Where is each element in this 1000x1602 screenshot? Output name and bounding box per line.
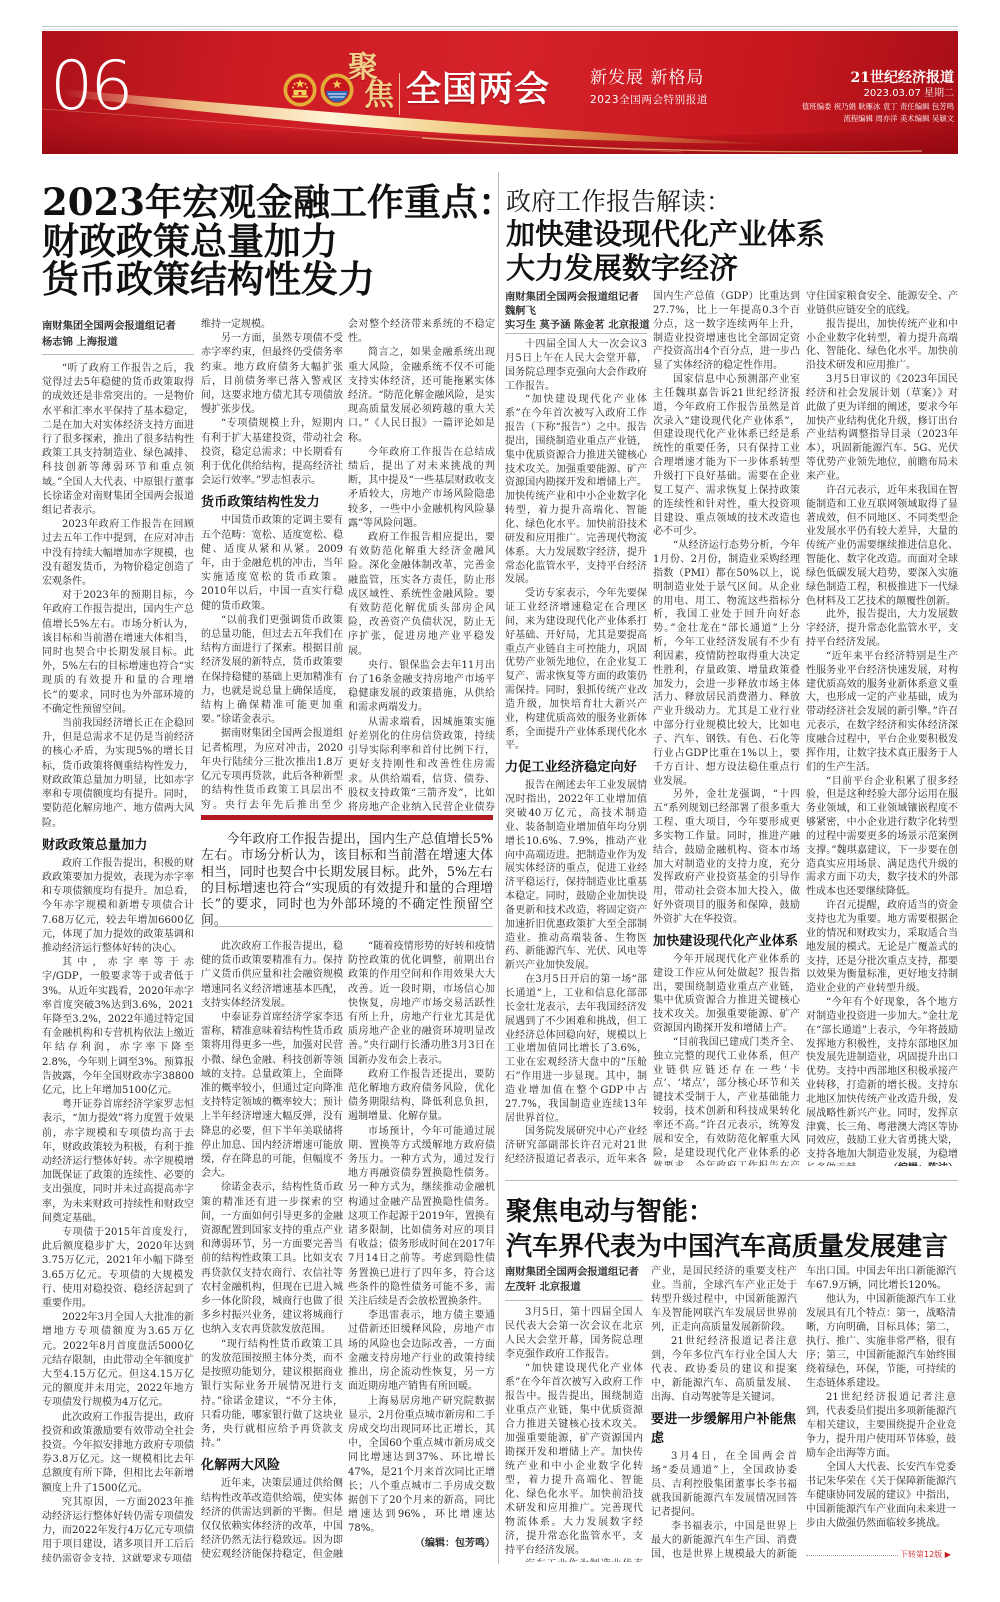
auto-column-2: 产业，是国民经济的重要支柱产业。当前，全球汽车产业正处于转型升级过程中，中国新能…: [651, 1265, 797, 1562]
paragraph: 此外，报告提出，大力发展数字经济，提升常态化监管水平，支持平台经济发展。: [806, 608, 958, 650]
headline-line: 加快建设现代化产业体系: [506, 217, 958, 251]
paragraph: “从经济运行态势分析，今年1月份、2月份，制造业采购经理指数（PMI）都在50%…: [653, 539, 800, 788]
paragraph: 究其原因，一方面2023年推动经济运行整体好转仍需专项债发力，而2022年发行4…: [42, 1496, 194, 1562]
paragraph: 上海易居房地产研究院数据显示，2月份重点城市新房和二手房成交均出现同环比正增长，…: [348, 1395, 495, 1537]
editors-line-2: 流程编辑 周亦洋 美术编辑 吴颖文: [802, 113, 954, 125]
paragraph: 2023年政府工作报告在回顾过去五年工作中提到，在应对冲击中没有持续大幅增加赤字…: [42, 518, 194, 589]
paragraph: 国务院发展研究中心产业经济研究部副部长许召元对21世纪经济报道记者表示，近年来各…: [505, 1125, 647, 1166]
editor-credit: （编辑：包芳鸣）: [348, 1537, 495, 1551]
section-heading: 化解两大风险: [201, 1451, 343, 1477]
industry-column-2: 国内生产总值（GDP）比重达到27.7%，比上一年提高0.3个百分点，这一数字连…: [653, 290, 800, 1166]
paragraph: 从需求端看，因城施策实施好差别化的住房信贷政策，持续引导实际利率和首付比例下行，…: [348, 716, 495, 812]
column-divider: [498, 172, 499, 1564]
section-heading: 货币政策结构性发力: [201, 488, 343, 514]
finance-column-3-bottom: “随着疫情形势的好转和疫情防控政策的优化调整，前期出台政策的作用空间和作用效果大…: [348, 940, 495, 1562]
paragraph: 他认为，中国新能源汽车工业发展具有几个特点：第一，战略清晰，方向明确，目标具体；…: [806, 1293, 956, 1391]
paragraph: 粤开证券首席经济学家罗志恒表示，“加力提效”将力度置于效果前，赤字规模和专项债均…: [42, 1098, 194, 1226]
paragraph: 当前我国经济增长正在企稳回升，但是总需求不足仍是当前经济的核心矛盾，为实现5%的…: [42, 717, 194, 831]
finance-column-2-top: 维持一定规模。另一方面，虽然专项债不受赤字率约束，但最终仍受债务率约束。地方政府…: [201, 318, 343, 812]
paragraph: 许召元提醒，政府适当的资金支持也尤为重要。地方需要根据企业的情况和财政实力，采取…: [806, 899, 958, 996]
paragraph: 中国货币政策的定调主要有五个范畴：宽松、适度宽松、稳健、适度从紧和从紧。2009…: [201, 514, 343, 613]
paragraph: 全国人大代表、长安汽车党委书记朱华荣在《关于保障新能源汽车健康协同发展的建议》中…: [806, 1461, 956, 1531]
finance-byline: 南财集团全国两会报道组记者 杨志锦 上海报道: [42, 318, 194, 350]
paragraph: 21世纪经济报道记者注意到，今年多位汽车行业全国人大代表、政协委员的建议和提案中…: [651, 1335, 797, 1405]
paragraph: 对于2023年的预期目标，今年政府工作报告提出，国内生产总值增长5%左右。市场分…: [42, 589, 194, 717]
industry-headline: 政府工作报告解读： 加快建设现代化产业体系 大力发展数字经济: [506, 186, 958, 285]
page-banner: 06 聚 焦 全国两会 新发展 新格局 2023全国两会特别报道 21世纪经济报…: [42, 31, 958, 154]
section-heading: 要进一步缓解用户补能焦虑: [651, 1405, 797, 1450]
paragraph: 徐诺金表示，结构性货币政策的精准还有进一步探索的空间，一方面如何引导更多的金融资…: [201, 1181, 343, 1337]
byline-line: 实习生 莫予涵 陈金茗 北京报道: [505, 318, 647, 332]
headline-line: 汽车界代表为中国汽车高质量发展建言: [506, 1230, 958, 1265]
paragraph: 会对整个经济带来系统的不稳定性。: [348, 318, 495, 346]
finance-column-1: “听了政府工作报告之后，我觉得过去5年稳健的货币政策取得的成效还是非常突出的。一…: [42, 362, 194, 1562]
paragraph: “目前我国已建成门类齐全、独立完整的现代工业体系，但产业链供应链还存在一些‘卡点…: [653, 1036, 800, 1166]
pull-quote-bar: [201, 815, 493, 820]
paragraph: 十四届全国人大一次会议3月5日上午在人民大会堂开幕，国务院总理李克强向大会作政府…: [505, 338, 647, 393]
banner-top-rule: [42, 26, 958, 30]
byline-rule: [42, 354, 194, 355]
paragraph: 此次政府工作报告提出，稳健的货币政策要精准有力。保持广义货币供应量和社会融资规模…: [201, 940, 343, 1011]
paragraph: 车出口国。中国去年出口新能源汽车67.9万辆，同比增长120%。: [806, 1265, 956, 1293]
paragraph: 另一方面，虽然专项债不受赤字率约束，但最终仍受债务率约束。地方政府债务大幅扩张后…: [201, 332, 343, 417]
paragraph: 李迅雷表示，地方债主要通过借新还旧缓释风险，房地产市场的风险也会边际改善，一方面…: [348, 1309, 495, 1394]
paragraph: 此次政府工作报告提出，政府投资和政策激励要有效带动全社会投资。今年拟安排地方政府…: [42, 1411, 194, 1496]
paragraph: 另外，金壮龙强调，“十四五”系列规划已经部署了很多重大工程、重大项目，今年要形成…: [653, 788, 800, 926]
paragraph: 维持一定规模。: [201, 318, 343, 332]
paragraph: 报告在阐述去年工业发展情况时指出，2022年工业增加值突破40万亿元，高技术制造…: [505, 779, 647, 973]
section-heading: 力促工业经济稳定向好: [505, 753, 647, 779]
headline-line: 货币政策结构性发力: [42, 260, 498, 299]
page-number: 06: [50, 53, 131, 121]
section-heading: 加快建设现代化产业体系: [653, 927, 800, 953]
byline-line: 南财集团全国两会报道组记者: [505, 290, 647, 304]
paragraph: “目前平台企业积累了很多经验，但是这种经验大部分运用在服务业领域，和工业领域镶嵌…: [806, 775, 958, 900]
paragraph: 政府工作报告相应提出，要有效防范化解重大经济金融风险。深化金融体制改革，完善金融…: [348, 531, 495, 659]
paragraph: 专项债于2015年首度发行，此后额度稳步扩大，2020年达到3.75万亿元，20…: [42, 1226, 194, 1311]
jump-dotted-leader: [806, 1555, 898, 1556]
byline-line: 魏舸飞: [505, 304, 647, 318]
paragraph: 李书福表示，中国是世界上最大的新能源汽车生产国、消费国，也是世界上规模最大的新能…: [651, 1520, 797, 1562]
paragraph: 国内生产总值（GDP）比重达到27.7%，比上一年提高0.3个百分点，这一数字连…: [653, 290, 800, 373]
paragraph: 政府工作报告还提出，要防范化解地方政府债务风险，优化债务期限结构，降低利息负担，…: [348, 1068, 495, 1125]
paragraph: “加快建设现代化产业体系”在今年首次被写入政府工作报告中。报告提出，围绕制造业重…: [505, 1362, 643, 1558]
paragraph: 3月5日，第十四届全国人民代表大会第一次会议在北京人民大会堂开幕，国务院总理李克…: [505, 1306, 643, 1362]
section-rule: [505, 1180, 958, 1181]
finance-headline: 2023年宏观金融工作重点： 财政政策总量加力 货币政策结构性发力: [42, 183, 498, 299]
paragraph: 国家信息中心预测部产业室主任魏琪嘉告诉21世纪经济报道，今年政府工作报告虽然是首…: [653, 373, 800, 539]
headline-kicker: 政府工作报告解读：: [506, 186, 958, 217]
paragraph: “近年来平台经济特别是生产性服务业平台经济快速发展，对构建优质高效的服务业新体系…: [806, 650, 958, 775]
paragraph: “以前我们更强调货币政策的总量功能，但过去五年我们在结构方面进行了探索。根据目前…: [201, 614, 343, 728]
paragraph: 3月5日审议的《2023年国民经济和社会发展计划（草案）》对此做了更为详细的阐述…: [806, 373, 958, 484]
paragraph: 近年来，决策层通过供给侧结构性改革改造供给端，使实体经济的供需达到新的平衡。但是…: [201, 1477, 343, 1562]
industry-column-1: 十四届全国人大一次会议3月5日上午在人民大会堂开幕，国务院总理李克强向大会作政府…: [505, 338, 647, 1166]
headline-line: 大力发展数字经济: [506, 251, 958, 285]
issue-date: 2023.03.07 星期二: [802, 87, 954, 101]
paragraph: 守住国家粮食安全、能源安全、产业链供应链安全的底线。: [806, 290, 958, 318]
paragraph: 其中，赤字率等于赤字/GDP，一般要求等于或者低于3%。从近年实践看，2020年…: [42, 956, 194, 1098]
byline-line: 左茂轩 北京报道: [505, 1280, 643, 1295]
masthead-info: 21世纪经济报道 2023.03.07 星期二 值班编委 祝乃娟 耿雁冰 袁丁 …: [802, 69, 954, 124]
paragraph: 据南财集团全国两会报道组记者梳理，为应对冲击，2020年央行陆续分三批次推出1.…: [201, 727, 343, 812]
national-emblem-icon: [283, 73, 317, 107]
pull-quote-rule: [201, 926, 493, 927]
auto-column-1: 3月5日，第十四届全国人民代表大会第一次会议在北京人民大会堂开幕，国务院总理李克…: [505, 1306, 643, 1562]
paragraph: 政府工作报告提出，积极的财政政策要加力提效，表现为赤字率和专项债额度均有提升。加…: [42, 857, 194, 956]
auto-headline: 聚焦电动与智能： 汽车界代表为中国汽车高质量发展建言: [506, 1195, 958, 1265]
editors-line-1: 值班编委 祝乃娟 耿雁冰 袁丁 责任编辑 包芳鸣: [802, 101, 954, 113]
byline-rule: [505, 333, 647, 334]
auto-byline: 南财集团全国两会报道组记者 左茂轩 北京报道: [505, 1265, 643, 1295]
headline-line: 聚焦电动与智能：: [506, 1195, 958, 1230]
paragraph: 今年政府工作报告在总结成绩后，提出了对未来挑战的判断，其中提及“一些基层财政收支…: [348, 446, 495, 531]
industry-column-3: 守住国家粮食安全、能源安全、产业链供应链安全的底线。报告提出，加快传统产业和中小…: [806, 290, 958, 1166]
banner-title: 全国两会: [406, 72, 550, 107]
paragraph: 今年开展现代化产业体系的建设工作应从何处做起？报告指出，要围绕制造业重点产业链，…: [653, 953, 800, 1036]
byline-line: 杨志锦 上海报道: [42, 334, 194, 350]
paragraph: 中泰证券首席经济学家李迅雷称，精准意味着结构性货币政策将用得更多一些，加强对民营…: [201, 1011, 343, 1181]
paragraph: 产业，是国民经济的重要支柱产业。当前，全球汽车产业正处于转型升级过程中，中国新能…: [651, 1265, 797, 1335]
paragraph: “听了政府工作报告之后，我觉得过去5年稳健的货币政策取得的成效还是非常突出的。一…: [42, 362, 194, 518]
paragraph: “现行结构性货币政策工具的发放范围按照主体分类，而不是按照功能划分，建议根据商业…: [201, 1338, 343, 1452]
section-heading: 财政政策总量加力: [42, 831, 194, 857]
auto-column-3: 车出口国。中国去年出口新能源汽车67.9万辆，同比增长120%。他认为，中国新能…: [806, 1265, 956, 1547]
continued-on-page-link[interactable]: 下转第12版 ▶: [900, 1549, 951, 1560]
paragraph: 在3月5日开启的第一场“部长通道”上，工业和信息化部部长金壮龙表示，去年我国经济…: [505, 973, 647, 1125]
paragraph: “加快建设现代化产业体系”在今年首次被写入政府工作报告（下称“报告”）之中。报告…: [505, 393, 647, 587]
paragraph: 汽车工业作为制造业代表性: [505, 1558, 643, 1562]
paper-name: 21世纪经济报道: [802, 69, 954, 87]
paragraph: “随着疫情形势的好转和疫情防控政策的优化调整，前期出台政策的作用空间和作用效果大…: [348, 940, 495, 1068]
paragraph: 央行、银保监会去年11月出台了16条金融支持房地产市场平稳健康发展的政策措施，从…: [348, 659, 495, 716]
paragraph: 21世纪经济报道记者注意到，代表委员们提出多项新能源汽车相关建议，主要围绕提升企…: [806, 1391, 956, 1461]
paragraph: 市场预计，今年可能通过展期、置换等方式缓解地方政府债务压力。一种方式为，通过发行…: [348, 1125, 495, 1310]
banner-slogan: 新发展 新格局: [590, 68, 704, 88]
byline-line: 南财集团全国两会报道组记者: [505, 1265, 643, 1280]
finance-column-2-bottom: 此次政府工作报告提出，稳健的货币政策要精准有力。保持广义货币供应量和社会融资规模…: [201, 940, 343, 1562]
paragraph: 受访专家表示，今年先要保证工业经济增速稳定在合理区间，来为建设现代化产业体系打好…: [505, 587, 647, 753]
focus-char-2: 焦: [364, 81, 394, 111]
headline-line: 2023年宏观金融工作重点：: [42, 183, 498, 222]
paragraph: 2022年3月全国人大批准的新增地方专项债额度为3.65万亿元。2022年8月首…: [42, 1311, 194, 1410]
banner-divider: [399, 73, 400, 115]
industry-byline: 南财集团全国两会报道组记者 魏舸飞 实习生 莫予涵 陈金茗 北京报道: [505, 290, 647, 332]
banner-subtitle: 2023全国两会特别报道: [590, 92, 708, 107]
headline-line: 财政政策总量加力: [42, 222, 498, 261]
paragraph: “今年有个好现象，各个地方对制造业投资进一步加大。”金壮龙在“部长通道”上表示，…: [806, 996, 958, 1166]
paragraph: 3月4日，在全国两会首场“委员通道”上，全国政协委员、吉利控股集团董事长李书福就…: [651, 1450, 797, 1520]
paragraph: 许召元表示，近年来我国在智能制造和工业互联网领域取得了显著成效，但不同地区、不同…: [806, 484, 958, 609]
paragraph: 简言之，如果金融系统出现重大风险，金融系统不仅不可能支持实体经济，还可能拖累实体…: [348, 346, 495, 445]
paragraph: 报告提出，加快传统产业和中小企业数字化转型，着力提升高端化、智能化、绿色化水平。…: [806, 318, 958, 373]
byline-line: 南财集团全国两会报道组记者: [42, 318, 194, 334]
paragraph: “专项债规模上升，短期内有利于扩大基建投资，带动社会投资，稳定总需求；中长期看有…: [201, 417, 343, 488]
finance-column-3-top: 会对整个经济带来系统的不稳定性。简言之，如果金融系统出现重大风险，金融系统不仅不…: [348, 318, 495, 812]
pull-quote: 今年政府工作报告提出，国内生产总值增长5%左右。市场分析认为，该目标和当前潜在增…: [201, 832, 493, 930]
byline-rule: [505, 1300, 643, 1301]
